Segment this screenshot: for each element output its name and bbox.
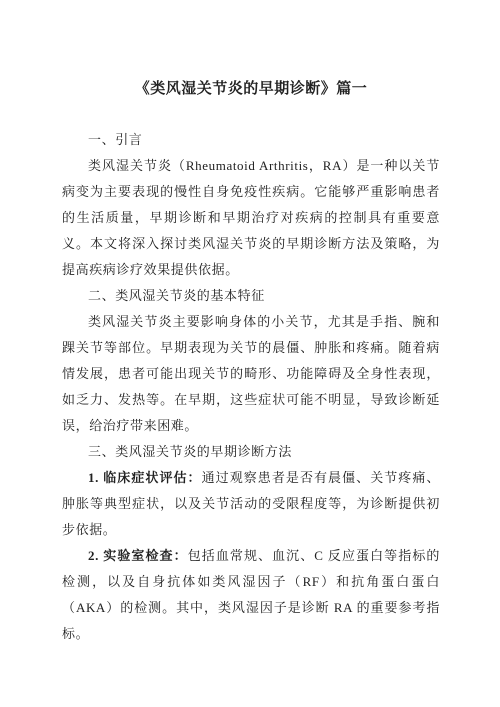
document-page: 《类风湿关节炎的早期诊断》篇一 一、引言 类风湿关节炎（Rheumatoid A… (0, 0, 500, 707)
numbered-item-clinical-evaluation: 1. 临床症状评估：通过观察患者是否有晨僵、关节疼痛、肿胀等典型症状，以及关节活… (62, 465, 440, 543)
document-title: 《类风湿关节炎的早期诊断》篇一 (62, 78, 440, 100)
item-lead: 2. 实验室检查： (88, 548, 188, 563)
section-heading-introduction: 一、引言 (62, 127, 440, 153)
item-lead: 1. 临床症状评估： (88, 470, 202, 485)
paragraph-basic-features: 类风湿关节炎主要影响身体的小关节，尤其是手指、腕和踝关节等部位。早期表现为关节的… (62, 309, 440, 439)
section-heading-diagnosis-methods: 三、类风湿关节炎的早期诊断方法 (62, 439, 440, 465)
paragraph-introduction: 类风湿关节炎（Rheumatoid Arthritis，RA）是一种以关节病变为… (62, 153, 440, 283)
document-content: 《类风湿关节炎的早期诊断》篇一 一、引言 类风湿关节炎（Rheumatoid A… (0, 0, 500, 647)
section-heading-basic-features: 二、类风湿关节炎的基本特征 (62, 283, 440, 309)
numbered-item-laboratory-tests: 2. 实验室检查：包括血常规、血沉、C 反应蛋白等指标的检测，以及自身抗体如类风… (62, 543, 440, 647)
